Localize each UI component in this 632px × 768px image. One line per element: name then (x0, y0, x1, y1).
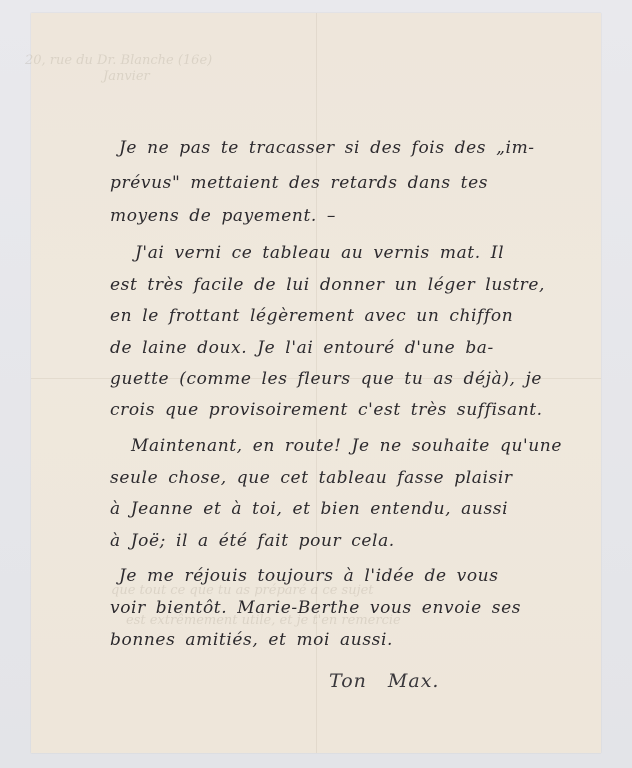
letter-line-10: Maintenant, en route! Je ne souhaite qu'… (131, 436, 562, 456)
scan-background: 20, rue du Dr. Blanche (16e) Janvier que… (0, 0, 632, 768)
letter-line-2: prévus" mettaient des retards dans tes (110, 173, 488, 193)
letter-line-11: seule chose, que cet tableau fasse plais… (110, 468, 513, 488)
letter-line-1: Je ne pas te tracasser si des fois des „… (119, 138, 535, 158)
letter-line-14: Je me réjouis toujours à l'idée de vous (119, 566, 499, 586)
letter-line-16: bonnes amitiés, et moi aussi. (110, 630, 393, 650)
letter-line-8: guette (comme les fleurs que tu as déjà)… (110, 369, 542, 389)
faint-address-line: 20, rue du Dr. Blanche (16e) (25, 53, 212, 68)
letter-sheet: 20, rue du Dr. Blanche (16e) Janvier que… (31, 13, 601, 753)
letter-line-4: J'ai verni ce tableau au vernis mat. Il (135, 243, 504, 263)
faint-date-line: Janvier (103, 69, 150, 84)
letter-line-15: voir bientôt. Marie-Berthe vous envoie s… (110, 598, 521, 618)
letter-line-6: en le frottant légèrement avec un chiffo… (110, 306, 513, 326)
letter-line-5: est très facile de lui donner un léger l… (110, 275, 545, 295)
letter-line-12: à Jeanne et à toi, et bien entendu, auss… (110, 499, 508, 519)
letter-line-13: à Joë; il a été fait pour cela. (110, 531, 395, 551)
letter-line-7: de laine doux. Je l'ai entouré d'une ba- (110, 338, 494, 358)
letter-line-3: moyens de payement. – (110, 206, 336, 226)
signature: Ton Max. (329, 670, 439, 692)
letter-line-9: crois que provisoirement c'est très suff… (110, 400, 543, 420)
